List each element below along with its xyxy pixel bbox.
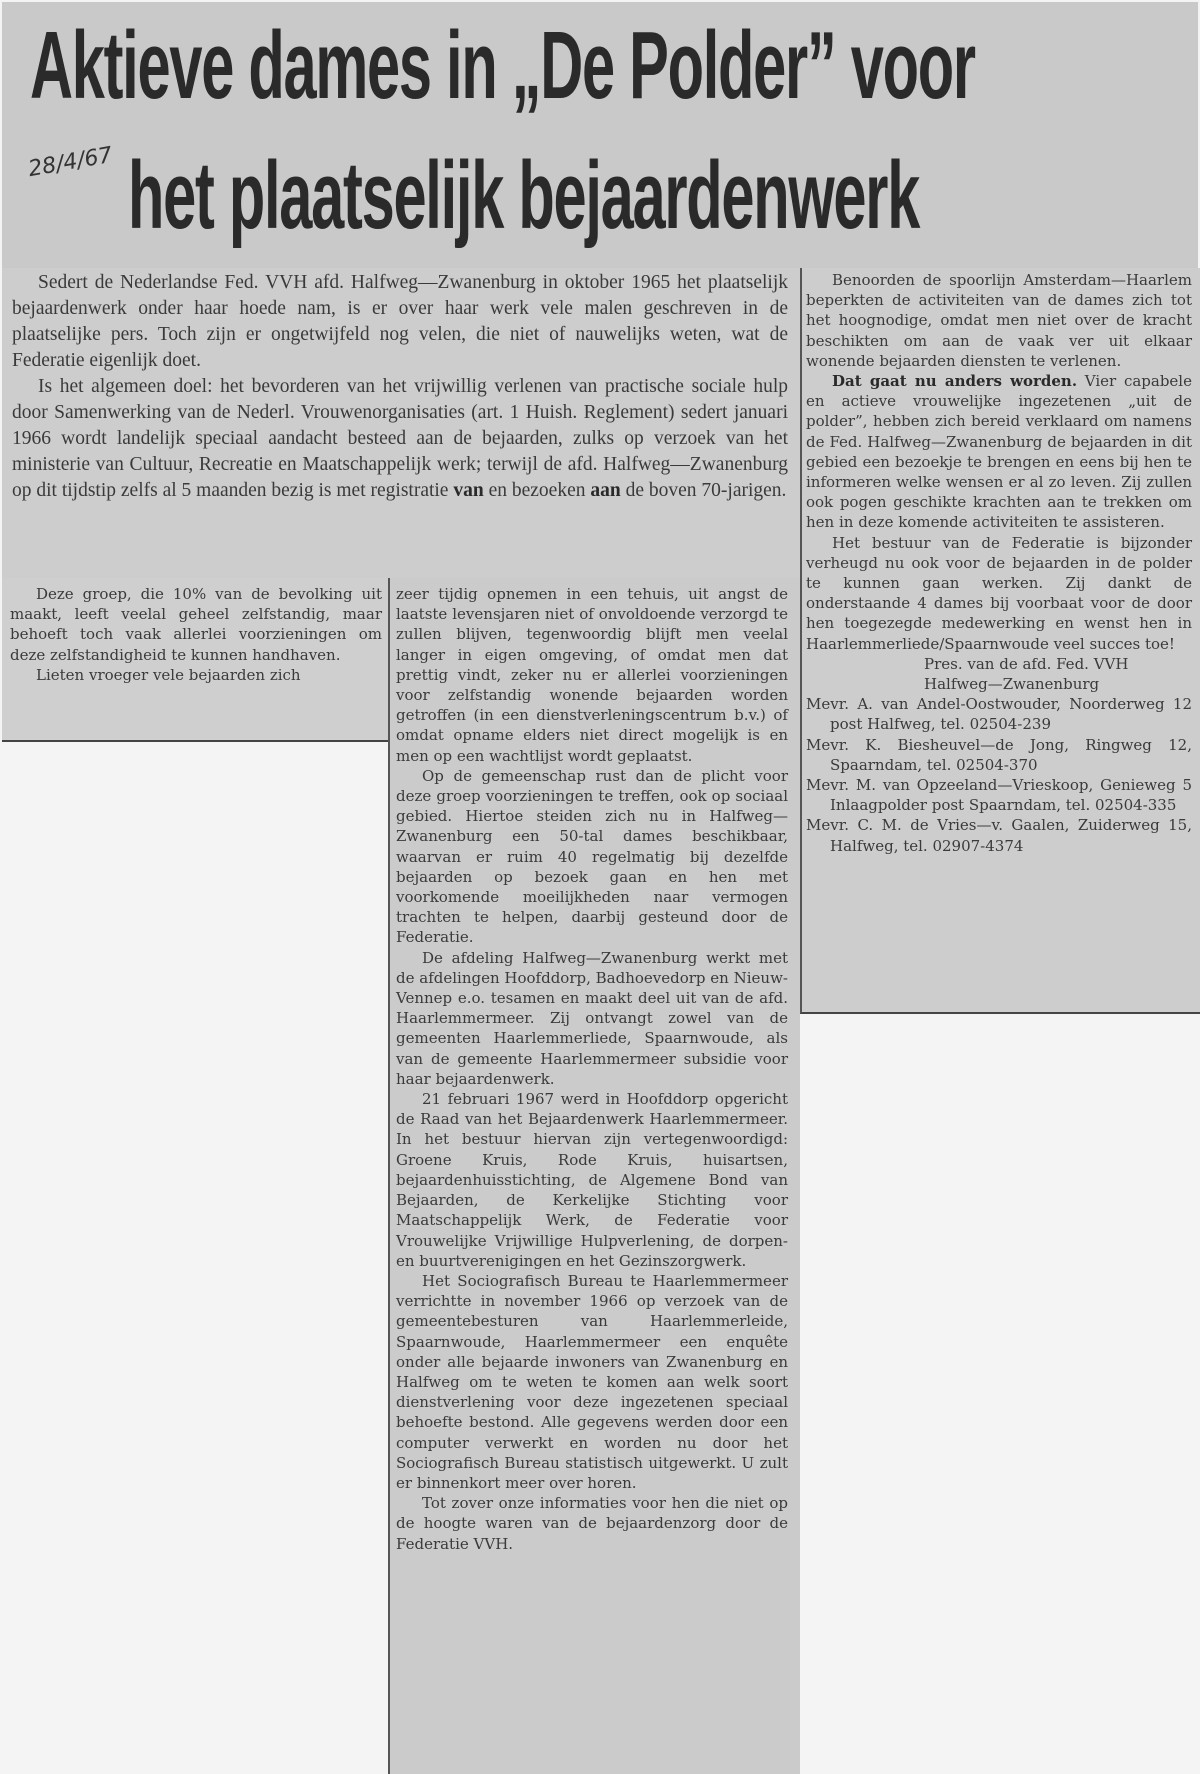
- body-paragraph: Op de gemeenschap rust dan de plicht voo…: [396, 766, 788, 948]
- contact-entry: Mevr. A. van Andel-Oostwouder, Noorderwe…: [806, 694, 1192, 734]
- body-paragraph: Dat gaat nu anders worden. Vier capabele…: [806, 371, 1192, 533]
- contact-entry: Mevr. C. M. de Vries—v. Gaalen, Zuiderwe…: [806, 815, 1192, 855]
- body-paragraph: Tot zover onze informaties voor hen die …: [396, 1493, 788, 1554]
- signature-line: Halfweg—Zwanenburg: [806, 674, 1192, 694]
- article-intro: Sedert de Nederlandse Fed. VVH afd. Half…: [12, 270, 788, 504]
- intro-paragraph: Sedert de Nederlandse Fed. VVH afd. Half…: [12, 270, 788, 374]
- body-paragraph: Het bestuur van de Federatie is bijzonde…: [806, 533, 1192, 654]
- left-column: Deze groep, die 10% van de bevolking uit…: [10, 584, 382, 685]
- body-paragraph: Deze groep, die 10% van de bevolking uit…: [10, 584, 382, 665]
- contact-entry: Mevr. K. Biesheuvel—de Jong, Ringweg 12,…: [806, 735, 1192, 775]
- bold-lead: Dat gaat nu anders worden.: [832, 372, 1077, 390]
- contact-entry: Mevr. M. van Opzeeland—Vrieskoop, Geniew…: [806, 775, 1192, 815]
- body-paragraph: zeer tijdig opnemen in een tehuis, uit a…: [396, 584, 788, 766]
- article-headline: Aktieve dames in „De Polder” voor het pl…: [30, 18, 1190, 244]
- right-column: Benoorden de spoorlijn Amsterdam—Haarlem…: [806, 270, 1192, 856]
- body-paragraph: De afdeling Halfweg—Zwanenburg werkt met…: [396, 948, 788, 1089]
- headline-line-1: Aktieve dames in „De Polder” voor: [30, 18, 749, 114]
- signature-line: Pres. van de afd. Fed. VVH: [806, 654, 1192, 674]
- body-paragraph: Lieten vroeger vele bejaarden zich: [10, 665, 382, 685]
- intro-paragraph: Is het algemeen doel: het bevorderen van…: [12, 374, 788, 504]
- body-paragraph: 21 februari 1967 werd in Hoofddorp opger…: [396, 1089, 788, 1271]
- headline-line-2: het plaatselijk bejaardenwerk: [128, 148, 786, 244]
- body-paragraph: Benoorden de spoorlijn Amsterdam—Haarlem…: [806, 270, 1192, 371]
- middle-column: zeer tijdig opnemen in een tehuis, uit a…: [396, 584, 788, 1554]
- body-paragraph: Het Sociografisch Bureau te Haarlemmerme…: [396, 1271, 788, 1493]
